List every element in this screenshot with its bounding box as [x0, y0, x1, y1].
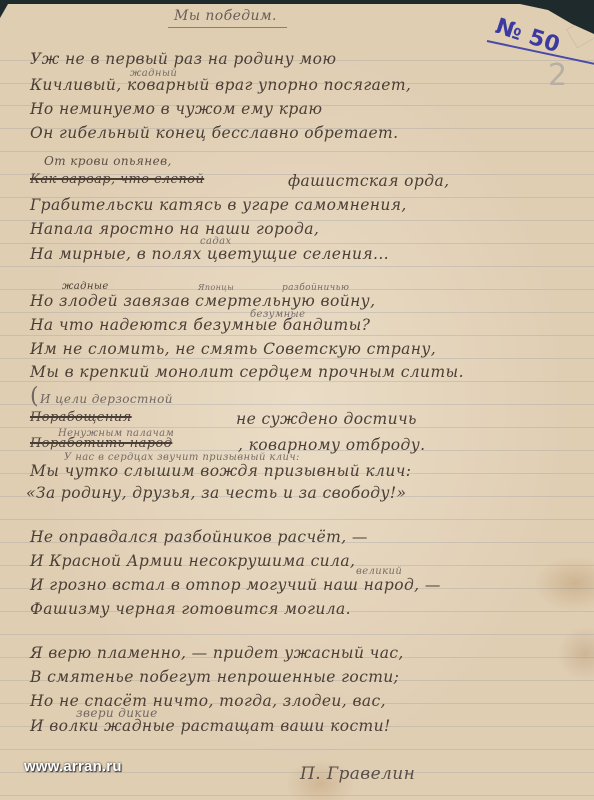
bracket-mark: ( — [30, 384, 39, 409]
stanza-2-line-4: На мирные, в полях цветущие селения... — [30, 245, 389, 263]
watermark-link: www.arran.ru — [24, 758, 122, 775]
struck-text: Порабощения — [30, 410, 132, 425]
stanza-4-line-3: Мы чутко слышим вождя призывный клич: — [30, 462, 411, 480]
ruled-line — [0, 795, 594, 796]
stanza-2-line-2: Грабительски катясь в угаре самомнения, — [30, 196, 407, 214]
correction: От крови опьянев, — [44, 154, 172, 168]
struck-text: Как варвар, что слепой — [30, 172, 204, 187]
stanza-5-line-1: Не оправдался разбойников расчёт, — — [30, 528, 368, 546]
ruled-line — [0, 381, 594, 382]
correction: жадные — [62, 281, 109, 292]
stanza-3-line-1: Но злодей завязав смертельную войну, — [30, 292, 375, 310]
ruled-line — [0, 519, 594, 520]
stanza-4-line-4: «За родину, друзья, за честь и за свобод… — [26, 484, 406, 502]
ruled-line — [0, 634, 594, 635]
stanza-6-line-2: В смятенье побегут непрошенные гости; — [30, 668, 399, 686]
page-number: 2 — [548, 58, 568, 93]
author-signature: П. Гравелин — [300, 764, 415, 784]
ruled-line — [0, 358, 594, 359]
ruled-line — [0, 243, 594, 244]
stanza-1-line-2: Кичливый, коварный враг упорно посягает, — [30, 76, 411, 94]
corner-fold — [566, 17, 594, 48]
ruled-line — [0, 266, 594, 267]
stanza-3-line-3: Им не сломить, не смять Советскую страну… — [30, 340, 436, 358]
correction: И цели дерзостной — [40, 392, 173, 406]
stanza-4-line-1: не суждено достичь — [236, 410, 417, 428]
ruled-line — [0, 151, 594, 152]
struck-text: Поработить народ — [30, 436, 172, 451]
stanza-5-line-2: И Красной Армии несокрушима сила, — [30, 552, 355, 570]
poem-title: Мы победим. — [168, 8, 287, 28]
stanza-6-line-1: Я верю пламенно, — придет ужасный час, — [30, 644, 404, 662]
stanza-2-line-3: Напала яростно на наши города, — [30, 220, 319, 238]
ruled-line — [0, 335, 594, 336]
stanza-1-line-1: Уж не в первый раз на родину мою — [30, 50, 336, 68]
stanza-3-line-2: На что надеются безумные бандиты? — [30, 316, 370, 334]
stanza-1-line-3: Но неминуемо в чужом ему краю — [30, 100, 322, 118]
stanza-6-line-4: И волки жадные растащат ваши кости! — [30, 717, 391, 735]
stanza-2-line-1: фашистская орда, — [288, 172, 449, 190]
stanza-5-line-3: И грозно встал в отпор могучий наш народ… — [30, 576, 441, 594]
stanza-5-line-4: Фашизму черная готовится могила. — [30, 600, 351, 618]
stanza-3-line-4: Мы в крепкий монолит сердцем прочным сли… — [30, 363, 464, 381]
correction: Японцы — [198, 283, 234, 292]
ruled-line — [0, 749, 594, 750]
stanza-1-line-4: Он гибельный конец бесславно обретает. — [30, 124, 398, 142]
